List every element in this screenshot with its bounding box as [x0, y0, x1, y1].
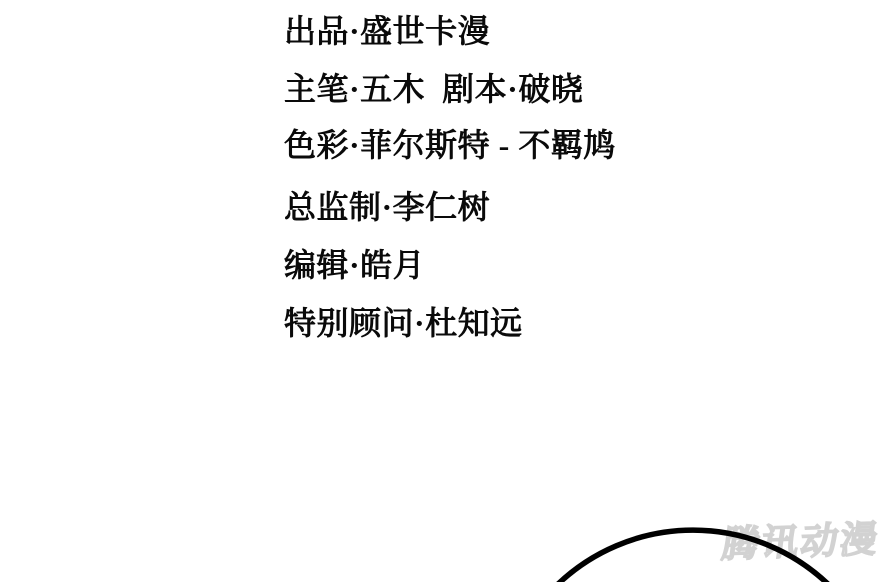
credit-line-special-advisor: 特别顾问·杜知远: [284, 305, 523, 341]
credit-line-editor: 编辑·皓月: [284, 247, 425, 283]
comic-credits-page: 出品·盛世卡漫 主笔·五木 剧本·破晓 色彩·菲尔斯特 - 不羁鸠 总监制·李仁…: [0, 0, 880, 582]
credits-block: 出品·盛世卡漫 主笔·五木 剧本·破晓 色彩·菲尔斯特 - 不羁鸠 总监制·李仁…: [0, 0, 880, 400]
credit-line-production: 出品·盛世卡漫: [284, 13, 490, 49]
credit-line-chief-producer: 总监制·李仁树: [284, 189, 490, 225]
credit-line-artist-script: 主笔·五木 剧本·破晓: [284, 71, 583, 107]
tencent-comics-watermark: 腾讯动漫: [719, 509, 880, 568]
credit-line-color: 色彩·菲尔斯特 - 不羁鸠: [284, 127, 616, 163]
